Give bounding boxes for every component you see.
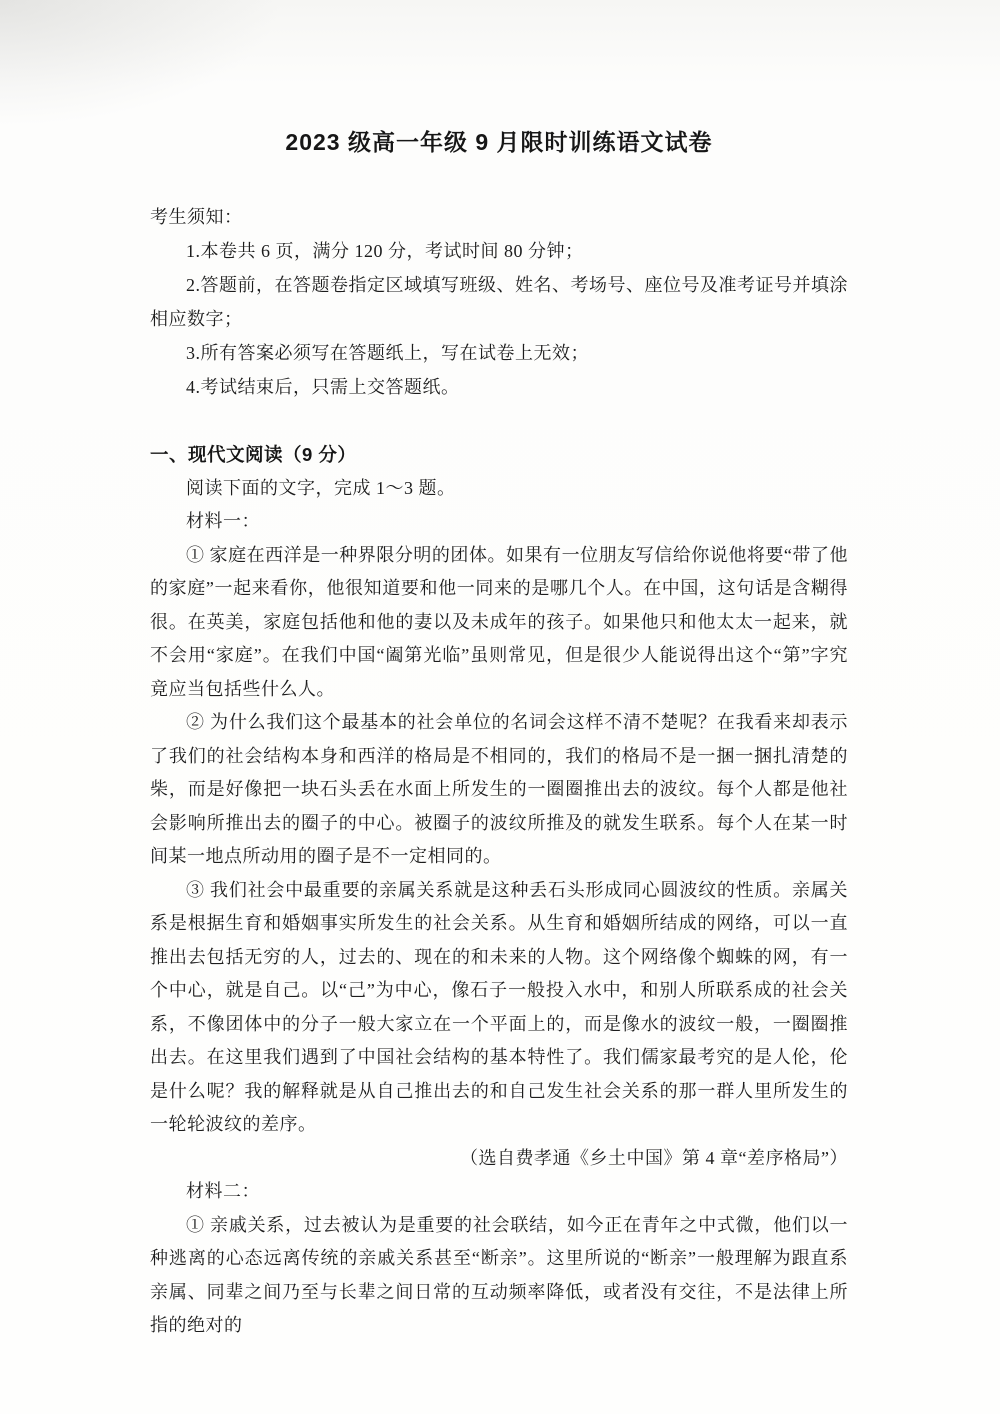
section-heading: 一、现代文阅读（9 分） bbox=[150, 438, 848, 472]
material-two-label: 材料二： bbox=[150, 1175, 848, 1209]
section-intro: 阅读下面的文字，完成 1～3 题。 bbox=[150, 472, 848, 506]
notice-section: 考生须知： 1.本卷共 6 页，满分 120 分，考试时间 80 分钟； 2.答… bbox=[150, 200, 848, 404]
notice-item-2: 2.答题前，在答题卷指定区域填写班级、姓名、考场号、座位号及准考证号并填涂相应数… bbox=[150, 268, 848, 336]
material-one-paragraph-1: ① 家庭在西洋是一种界限分明的团体。如果有一位朋友写信给你说他将要“带了他的家庭… bbox=[150, 539, 848, 707]
material-one-paragraph-3: ③ 我们社会中最重要的亲属关系就是这种丢石头形成同心圆波纹的性质。亲属关系是根据… bbox=[150, 874, 848, 1142]
notice-item-1: 1.本卷共 6 页，满分 120 分，考试时间 80 分钟； bbox=[150, 234, 848, 268]
material-one-label: 材料一： bbox=[150, 505, 848, 539]
section-modern-reading: 一、现代文阅读（9 分） 阅读下面的文字，完成 1～3 题。 材料一： ① 家庭… bbox=[150, 438, 848, 1343]
notice-item-4: 4.考试结束后，只需上交答题纸。 bbox=[150, 370, 848, 404]
notice-item-3: 3.所有答案必须写在答题纸上，写在试卷上无效； bbox=[150, 336, 848, 370]
material-one-paragraph-2: ② 为什么我们这个最基本的社会单位的名词会这样不清不楚呢？在我看来却表示了我们的… bbox=[150, 706, 848, 874]
notice-heading: 考生须知： bbox=[150, 200, 848, 234]
exam-paper-page: 2023 级高一年级 9 月限时训练语文试卷 考生须知： 1.本卷共 6 页，满… bbox=[0, 0, 1000, 1414]
material-two-paragraph-1: ① 亲戚关系，过去被认为是重要的社会联结，如今正在青年之中式微，他们以一种逃离的… bbox=[150, 1209, 848, 1343]
material-one-attribution: （选自费孝通《乡土中国》第 4 章“差序格局”） bbox=[150, 1142, 848, 1176]
page-title: 2023 级高一年级 9 月限时训练语文试卷 bbox=[150, 124, 848, 160]
